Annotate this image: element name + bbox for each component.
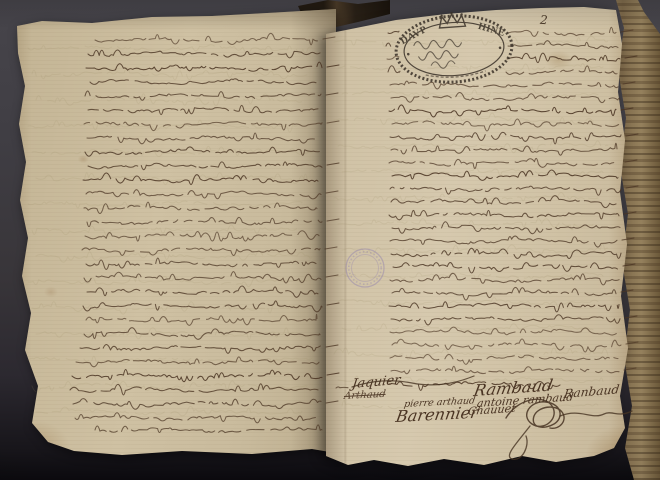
- notary-paraph-icon: [500, 392, 640, 467]
- left-page: [12, 8, 336, 466]
- signature-flourish: [350, 374, 480, 394]
- fiscal-stamp-icon: DAVP HINE: [390, 8, 519, 90]
- stamp-text-right: HINE: [477, 21, 507, 39]
- stamp-text-left: DAVP: [399, 24, 429, 47]
- left-page-wrap: [12, 8, 336, 466]
- folio-number: 2: [540, 13, 549, 27]
- library-stamp-icon: [344, 247, 386, 289]
- manuscript-photo: 2 DAVP HINE Jaquier Arthaud pierre artha…: [0, 0, 660, 480]
